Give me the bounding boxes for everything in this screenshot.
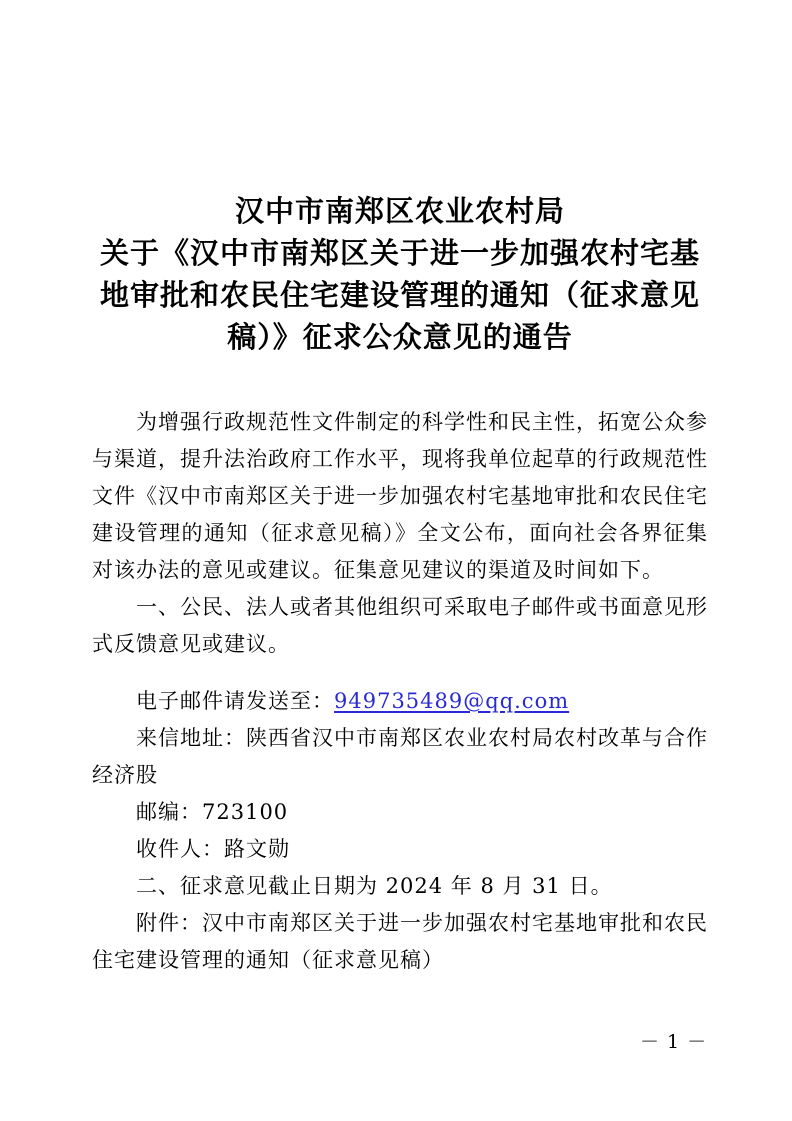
body-line: 文件《汉中市南郑区关于进一步加强农村宅基地审批和农民住宅 bbox=[92, 478, 708, 515]
body-line: 建设管理的通知（征求意见稿）》全文公布，面向社会各界征集 bbox=[92, 515, 708, 552]
page-number: － 1 － bbox=[640, 1030, 707, 1054]
title-line-1: 汉中市南郑区农业农村局 bbox=[92, 190, 708, 232]
attachment-line-continued: 住宅建设管理的通知（征求意见稿） bbox=[92, 942, 708, 979]
recipient-line: 收件人：路文勋 bbox=[92, 831, 708, 868]
email-label: 电子邮件请发送至： bbox=[136, 689, 334, 713]
body-line: 对该办法的意见或建议。征集意见建议的渠道及时间如下。 bbox=[92, 552, 708, 589]
body-line: 一、公民、法人或者其他组织可采取电子邮件或书面意见形 bbox=[92, 589, 708, 626]
document-page: 汉中市南郑区农业农村局 关于《汉中市南郑区关于进一步加强农村宅基 地审批和农民住… bbox=[0, 0, 792, 1121]
document-body: 为增强行政规范性文件制定的科学性和民主性，拓宽公众参 与渠道，提升法治政府工作水… bbox=[92, 404, 708, 979]
body-line: 与渠道，提升法治政府工作水平，现将我单位起草的行政规范性 bbox=[92, 441, 708, 478]
title-line-3: 地审批和农民住宅建设管理的通知（征求意见 bbox=[92, 274, 708, 316]
email-link[interactable]: 949735489@qq.com bbox=[334, 689, 569, 713]
body-line: 为增强行政规范性文件制定的科学性和民主性，拓宽公众参 bbox=[92, 404, 708, 441]
attachment-line: 附件：汉中市南郑区关于进一步加强农村宅基地审批和农民 bbox=[92, 905, 708, 942]
body-line: 式反馈意见或建议。 bbox=[92, 626, 708, 663]
email-line: 电子邮件请发送至：949735489@qq.com bbox=[92, 683, 708, 720]
title-line-2: 关于《汉中市南郑区关于进一步加强农村宅基 bbox=[92, 232, 708, 274]
body-line: 来信地址：陕西省汉中市南郑区农业农村局农村改革与合作 bbox=[92, 720, 708, 757]
deadline-line: 二、征求意见截止日期为 2024 年 8 月 31 日。 bbox=[92, 868, 708, 905]
title-line-4: 稿）》征求公众意见的通告 bbox=[92, 316, 708, 358]
document-title: 汉中市南郑区农业农村局 关于《汉中市南郑区关于进一步加强农村宅基 地审批和农民住… bbox=[92, 190, 708, 358]
body-line: 经济股 bbox=[92, 757, 708, 794]
postal-code-line: 邮编：723100 bbox=[92, 794, 708, 831]
